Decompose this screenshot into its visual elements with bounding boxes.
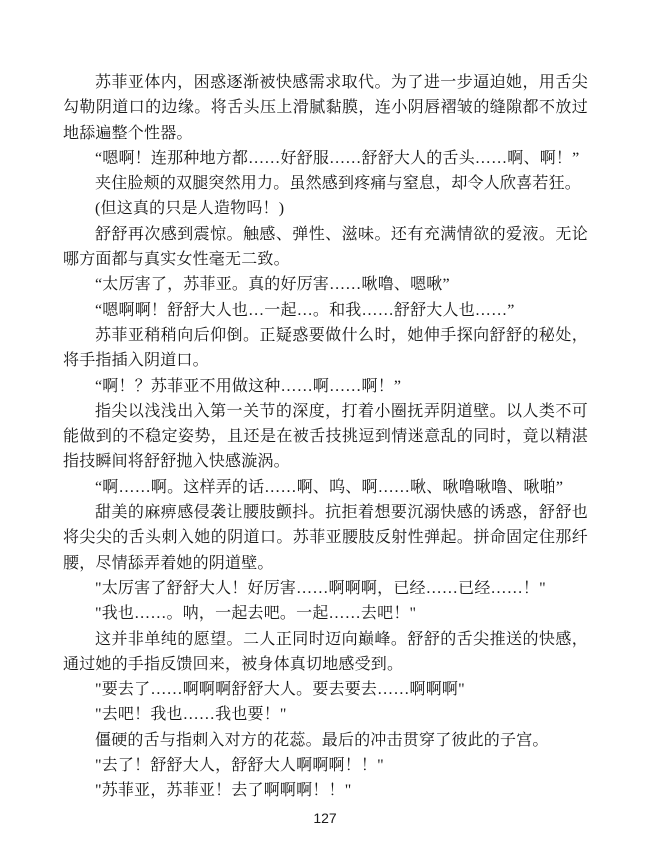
paragraph: “嗯啊！连那种地方都……好舒服……舒舒大人的舌头……啊、啊！” <box>63 146 588 171</box>
paragraph: 苏菲亚稍稍向后仰倒。正疑惑要做什么时，她伸手探向舒舒的秘处，将手指插入阴道口。 <box>63 323 588 374</box>
paragraph: “啊！？苏菲亚不用做这种……啊……啊！” <box>63 374 588 399</box>
paragraph: "我也……。呐，一起去吧。一起……去吧！" <box>63 601 588 626</box>
paragraph: 甜美的麻痹感侵袭让腰肢颤抖。抗拒着想要沉溺快感的诱惑，舒舒也将尖尖的舌头刺入她的… <box>63 500 588 576</box>
text-block: 苏菲亚体内，困惑逐渐被快感需求取代。为了进一步逼迫她，用舌尖勾勒阴道口的边缘。将… <box>63 70 588 804</box>
paragraph: “嗯啊啊！舒舒大人也…一起…。和我……舒舒大人也……” <box>63 298 588 323</box>
paragraph: 夹住脸颊的双腿突然用力。虽然感到疼痛与窒息，却令人欣喜若狂。 <box>63 171 588 196</box>
document-page: 苏菲亚体内，困惑逐渐被快感需求取代。为了进一步逼迫她，用舌尖勾勒阴道口的边缘。将… <box>0 0 650 850</box>
paragraph: (但这真的只是人造物吗！) <box>63 196 588 221</box>
paragraph: 苏菲亚体内，困惑逐渐被快感需求取代。为了进一步逼迫她，用舌尖勾勒阴道口的边缘。将… <box>63 70 588 146</box>
paragraph: 这并非单纯的愿望。二人正同时迈向巅峰。舒舒的舌尖推送的快感，通过她的手指反馈回来… <box>63 627 588 678</box>
paragraph: 指尖以浅浅出入第一关节的深度，打着小圈抚弄阴道壁。以人类不可能做到的不稳定姿势，… <box>63 399 588 475</box>
paragraph: "要去了……啊啊啊舒舒大人。要去要去……啊啊啊" <box>63 677 588 702</box>
paragraph: 僵硬的舌与指刺入对方的花蕊。最后的冲击贯穿了彼此的子宫。 <box>63 728 588 753</box>
paragraph: “啊……啊。这样弄的话……啊、呜、啊……啾、啾噜啾噜、啾啪” <box>63 475 588 500</box>
page-number: 127 <box>0 810 650 826</box>
paragraph: "去吧！我也……我也要！" <box>63 702 588 727</box>
paragraph: "苏菲亚，苏菲亚！去了啊啊啊！！" <box>63 778 588 803</box>
paragraph: “太厉害了，苏菲亚。真的好厉害……啾噜、嗯啾” <box>63 272 588 297</box>
paragraph: "太厉害了舒舒大人！好厉害……啊啊啊，已经……已经……！" <box>63 576 588 601</box>
paragraph: 舒舒再次感到震惊。触感、弹性、滋味。还有充满情欲的爱液。无论哪方面都与真实女性毫… <box>63 222 588 273</box>
paragraph: "去了！舒舒大人，舒舒大人啊啊啊！！" <box>63 753 588 778</box>
